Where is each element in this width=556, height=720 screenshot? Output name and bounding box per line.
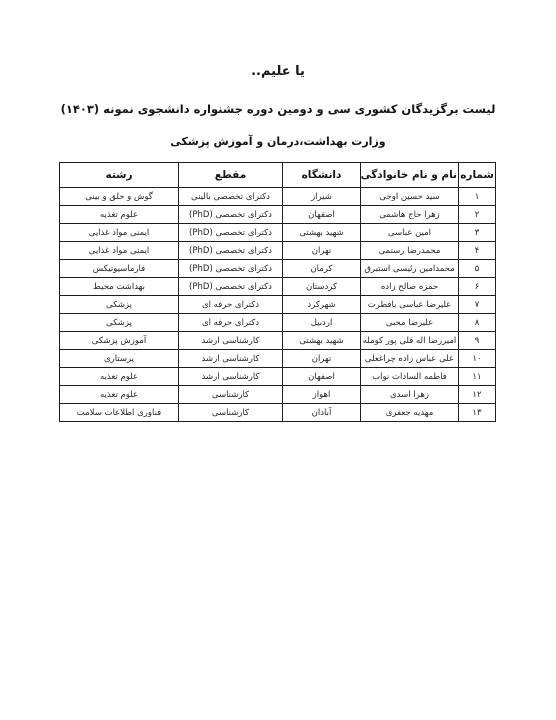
cell-number: ۲ xyxy=(459,206,496,224)
cell-degree: کارشناسی ارشد xyxy=(179,350,283,368)
cell-field: ایمنی مواد غذایی xyxy=(60,224,179,242)
cell-field: گوش و حلق و بینی xyxy=(60,188,179,206)
cell-fullname: علیرضا محبی xyxy=(361,314,459,332)
cell-fullname: زهرا حاج هاشمی xyxy=(361,206,459,224)
cell-fullname: مهدیه جعفری xyxy=(361,404,459,422)
col-header-field: رشته xyxy=(60,163,179,188)
table-row: ۱۰علی عباس زاده چراغعلیتهرانکارشناسی ارش… xyxy=(60,350,496,368)
cell-fullname: زهرا اسدی xyxy=(361,386,459,404)
document-page: یا علیم.. لیست برگزیدگان کشوری سی و دومی… xyxy=(0,0,556,720)
cell-field: پزشکی xyxy=(60,296,179,314)
cell-field: بهداشت محیط xyxy=(60,278,179,296)
col-header-fullname: نام و نام خانوادگی xyxy=(361,163,459,188)
table-row: ۸علیرضا محبیاردبیلدکترای حرفه ایپزشکی xyxy=(60,314,496,332)
cell-degree: دکترای تخصصی (PhD) xyxy=(179,242,283,260)
cell-number: ۹ xyxy=(459,332,496,350)
cell-fullname: حمزه صالح زاده xyxy=(361,278,459,296)
cell-number: ۵ xyxy=(459,260,496,278)
table-row: ۱سید حسین اوجیشیرازدکترای تخصصی بالینیگو… xyxy=(60,188,496,206)
cell-degree: دکترای حرفه ای xyxy=(179,296,283,314)
cell-university: کرمان xyxy=(283,260,361,278)
cell-number: ۱ xyxy=(459,188,496,206)
cell-fullname: علی عباس زاده چراغعلی xyxy=(361,350,459,368)
cell-university: شیراز xyxy=(283,188,361,206)
cell-degree: کارشناسی xyxy=(179,386,283,404)
cell-degree: کارشناسی ارشد xyxy=(179,368,283,386)
table-header-row: شماره نام و نام خانوادگی دانشگاه مقطع رش… xyxy=(60,163,496,188)
invocation-text: یا علیم.. xyxy=(0,64,556,79)
cell-university: شهرکرد xyxy=(283,296,361,314)
cell-fullname: سید حسین اوجی xyxy=(361,188,459,206)
cell-degree: دکترای تخصصی (PhD) xyxy=(179,260,283,278)
table-row: ۷علیرضا عباسی بافطرتشهرکرددکترای حرفه ای… xyxy=(60,296,496,314)
table-row: ۱۳مهدیه جعفریآبادانکارشناسیفناوری اطلاعا… xyxy=(60,404,496,422)
cell-university: اصفهان xyxy=(283,368,361,386)
cell-degree: دکترای تخصصی (PhD) xyxy=(179,278,283,296)
cell-degree: کارشناسی xyxy=(179,404,283,422)
cell-university: اردبیل xyxy=(283,314,361,332)
col-header-university: دانشگاه xyxy=(283,163,361,188)
cell-degree: دکترای حرفه ای xyxy=(179,314,283,332)
cell-field: علوم تغذیه xyxy=(60,386,179,404)
ministry-subtitle: وزارت بهداشت،درمان و آموزش پزشکی xyxy=(0,135,556,148)
cell-field: علوم تغذیه xyxy=(60,368,179,386)
cell-field: پزشکی xyxy=(60,314,179,332)
cell-number: ۶ xyxy=(459,278,496,296)
table-row: ۳امین عباسیشهید بهشتیدکترای تخصصی (PhD)ا… xyxy=(60,224,496,242)
table-row: ۱۲زهرا اسدیاهوازکارشناسیعلوم تغذیه xyxy=(60,386,496,404)
cell-number: ۷ xyxy=(459,296,496,314)
table-row: ۶حمزه صالح زادهکردستاندکترای تخصصی (PhD)… xyxy=(60,278,496,296)
table-row: ۹امیررضا اله قلی پور کوملهشهید بهشتیکارش… xyxy=(60,332,496,350)
cell-fullname: علیرضا عباسی بافطرت xyxy=(361,296,459,314)
cell-fullname: محمدامین رئیسی استبرق xyxy=(361,260,459,278)
cell-fullname: فاطمه السادات نواب xyxy=(361,368,459,386)
cell-number: ۱۱ xyxy=(459,368,496,386)
cell-field: علوم تغذیه xyxy=(60,206,179,224)
cell-field: پرستاری xyxy=(60,350,179,368)
col-header-number: شماره xyxy=(459,163,496,188)
cell-university: شهید بهشتی xyxy=(283,332,361,350)
cell-field: فارماسیوتیکس xyxy=(60,260,179,278)
cell-university: اصفهان xyxy=(283,206,361,224)
cell-fullname: امین عباسی xyxy=(361,224,459,242)
cell-degree: دکترای تخصصی (PhD) xyxy=(179,224,283,242)
cell-field: ایمنی مواد غذایی xyxy=(60,242,179,260)
cell-university: آبادان xyxy=(283,404,361,422)
cell-number: ۴ xyxy=(459,242,496,260)
col-header-degree: مقطع xyxy=(179,163,283,188)
cell-fullname: امیررضا اله قلی پور کومله xyxy=(361,332,459,350)
cell-university: تهران xyxy=(283,350,361,368)
cell-fullname: محمدرضا رستمی xyxy=(361,242,459,260)
document-title: لیست برگزیدگان کشوری سی و دومین دوره جشن… xyxy=(0,102,556,116)
cell-university: تهران xyxy=(283,242,361,260)
table-row: ۲زهرا حاج هاشمیاصفهاندکترای تخصصی (PhD)ع… xyxy=(60,206,496,224)
cell-number: ۸ xyxy=(459,314,496,332)
cell-university: کردستان xyxy=(283,278,361,296)
cell-field: فناوری اطلاعات سلامت xyxy=(60,404,179,422)
cell-number: ۱۳ xyxy=(459,404,496,422)
cell-university: اهواز xyxy=(283,386,361,404)
cell-field: آموزش پزشکی xyxy=(60,332,179,350)
cell-degree: دکترای تخصصی بالینی xyxy=(179,188,283,206)
cell-degree: دکترای تخصصی (PhD) xyxy=(179,206,283,224)
cell-number: ۱۰ xyxy=(459,350,496,368)
winners-table: شماره نام و نام خانوادگی دانشگاه مقطع رش… xyxy=(59,162,496,422)
table-row: ۱۱فاطمه السادات نواباصفهانکارشناسی ارشدع… xyxy=(60,368,496,386)
cell-degree: کارشناسی ارشد xyxy=(179,332,283,350)
cell-number: ۳ xyxy=(459,224,496,242)
cell-university: شهید بهشتی xyxy=(283,224,361,242)
cell-number: ۱۲ xyxy=(459,386,496,404)
table-row: ۴محمدرضا رستمیتهراندکترای تخصصی (PhD)ایم… xyxy=(60,242,496,260)
table-row: ۵محمدامین رئیسی استبرقکرماندکترای تخصصی … xyxy=(60,260,496,278)
